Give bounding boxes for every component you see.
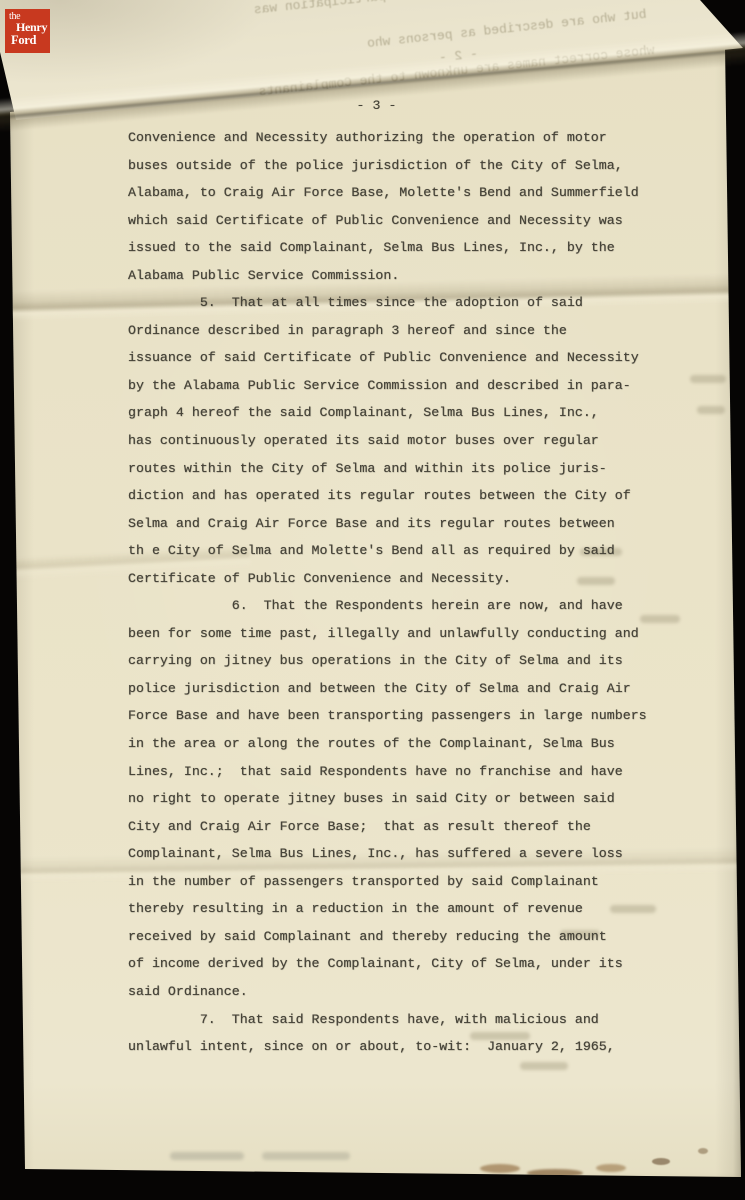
- photo-of-document: - 3 - Convenience and Necessity authoriz…: [0, 0, 745, 1200]
- typed-line: in the number of passengers transported …: [128, 868, 688, 896]
- henry-ford-logo: the Henry Ford: [5, 9, 50, 53]
- typed-line: by the Alabama Public Service Commission…: [128, 372, 688, 400]
- show-through-smudge: [697, 406, 725, 414]
- typed-line: diction and has operated its regular rou…: [128, 482, 688, 510]
- typed-line: th e City of Selma and Molette's Bend al…: [128, 537, 688, 565]
- show-through-smudge: [690, 375, 726, 383]
- typed-line: of income derived by the Complainant, Ci…: [128, 950, 688, 978]
- typed-line: no right to operate jitney buses in said…: [128, 785, 688, 813]
- typed-line: Alabama Public Service Commission.: [128, 262, 688, 290]
- logo-text-henry: Henry: [16, 21, 47, 33]
- show-through-smudge: [520, 1062, 568, 1070]
- typed-line: 7. That said Respondents have, with mali…: [128, 1006, 688, 1034]
- typed-line: Convenience and Necessity authorizing th…: [128, 124, 688, 152]
- typed-line: Selma and Craig Air Force Base and its r…: [128, 510, 688, 538]
- logo-text-ford: Ford: [11, 34, 36, 47]
- typed-line: Lines, Inc.; that said Respondents have …: [128, 758, 688, 786]
- stain: [652, 1158, 670, 1165]
- typed-line: said Ordinance.: [128, 978, 688, 1006]
- typed-line: City and Craig Air Force Base; that as r…: [128, 813, 688, 841]
- typed-line: in the area or along the routes of the C…: [128, 730, 688, 758]
- typed-line: Ordinance described in paragraph 3 hereo…: [128, 317, 688, 345]
- typed-line: 5. That at all times since the adoption …: [128, 289, 688, 317]
- typed-line: carrying on jitney bus operations in the…: [128, 647, 688, 675]
- typed-line: graph 4 hereof the said Complainant, Sel…: [128, 399, 688, 427]
- show-through-smudge: [262, 1152, 350, 1160]
- typed-line: Alabama, to Craig Air Force Base, Molett…: [128, 179, 688, 207]
- typed-line: unlawful intent, since on or about, to-w…: [128, 1033, 688, 1061]
- ghost-mirrored-line: of participation was: [70, 0, 410, 37]
- typed-line: been for some time past, illegally and u…: [128, 620, 688, 648]
- typewritten-body: Convenience and Necessity authorizing th…: [128, 124, 688, 1061]
- typed-line: thereby resulting in a reduction in the …: [128, 895, 688, 923]
- show-through-smudge: [170, 1152, 244, 1160]
- typed-line: police jurisdiction and between the City…: [128, 675, 688, 703]
- typed-line: buses outside of the police jurisdiction…: [128, 152, 688, 180]
- typed-line: Certificate of Public Convenience and Ne…: [128, 565, 688, 593]
- stain: [596, 1164, 626, 1172]
- typed-line: routes within the City of Selma and with…: [128, 455, 688, 483]
- typed-line: received by said Complainant and thereby…: [128, 923, 688, 951]
- stain: [698, 1148, 708, 1154]
- typed-line: 6. That the Respondents herein are now, …: [128, 592, 688, 620]
- typed-line: issued to the said Complainant, Selma Bu…: [128, 234, 688, 262]
- stain: [527, 1169, 583, 1177]
- document-page: - 3 - Convenience and Necessity authoriz…: [0, 0, 745, 1200]
- typed-line: Complainant, Selma Bus Lines, Inc., has …: [128, 840, 688, 868]
- typed-line: which said Certificate of Public Conveni…: [128, 207, 688, 235]
- typed-line: issuance of said Certificate of Public C…: [128, 344, 688, 372]
- typed-line: Force Base and have been transporting pa…: [128, 702, 688, 730]
- stain: [480, 1164, 520, 1173]
- typed-line: has continuously operated its said motor…: [128, 427, 688, 455]
